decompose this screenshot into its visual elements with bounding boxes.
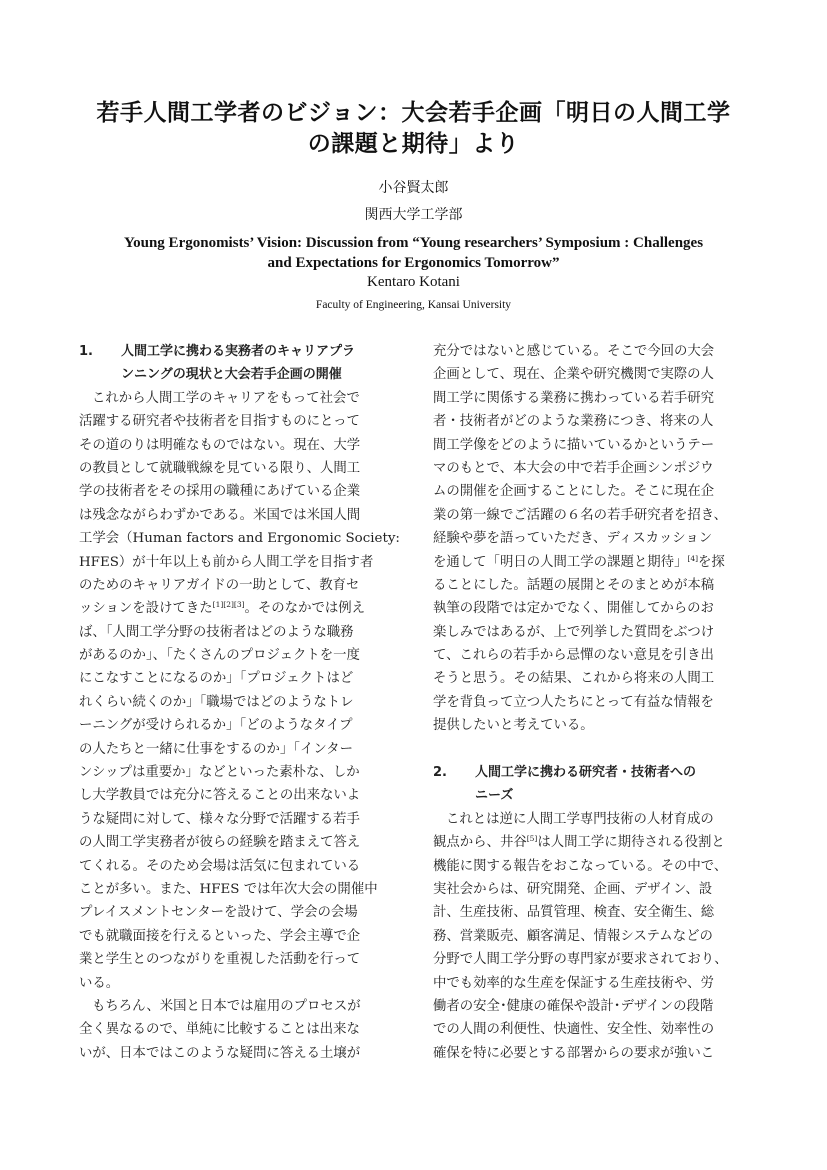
body-line: 企画として、現在、企業や研究機関で実際の人 [433, 363, 753, 386]
body-line: ば、「人間工学分野の技術者はどのような職務 [79, 621, 394, 644]
body-line: れくらい続くのか」「職場ではどのようなトレ [79, 691, 394, 714]
body-line: ムの開催を企画することにした。そこに現在企 [433, 480, 753, 503]
body-line: 業と学生とのつながりを重視した活動を行って [79, 948, 394, 971]
body-line: 活躍する研究者や技術者を目指すものにとって [79, 410, 394, 433]
body-line-citation: ッションを設けてきた[1][2][3]。そのなかでは例え [79, 597, 394, 620]
body-line: ることにした。話題の展開とそのまとめが本稿 [433, 574, 753, 597]
body-line: 務、営業販売、顧客満足、情報システムなどの [433, 925, 753, 948]
text: 観点から、井谷 [433, 835, 527, 850]
body-line: そうと思う。その結果、これから将来の人間工 [433, 667, 753, 690]
body-line: 中でも効率的な生産を保証する生産技術や、労 [433, 972, 753, 995]
body-line: でも就職面接を行えるといった、学会主導で企 [79, 925, 394, 948]
body-line: 間工学に関係する業務に携わっている若手研究 [433, 387, 753, 410]
body-line: し大学教員では充分に答えることの出来ないよ [79, 784, 394, 807]
body-line: のためのキャリアガイドの一助として、教育セ [79, 574, 394, 597]
title-ja-line-2: の課題と期待」より [60, 129, 767, 160]
body-line: があるのか」、「たくさんのプロジェクトを一度 [79, 644, 394, 667]
body-line: 学の技術者をその採用の職種にあげている企業 [79, 480, 394, 503]
citation-ref-1-2-3[interactable]: [1][2][3] [213, 600, 245, 609]
body-line: の教員として就職戦線を見ている限り、人間工 [79, 457, 394, 480]
body-line: 者・技術者がどのような業務につき、将来の人 [433, 410, 753, 433]
affiliation-english: Faculty of Engineering, Kansai Universit… [0, 299, 827, 311]
title-ja-line-1: 若手人間工学者のビジョン：大会若手企画「明日の人間工学 [60, 98, 767, 129]
left-column: 1.人間工学に携わる実務者のキャリアプラ ンニングの現状と大会若手企画の開催 こ… [79, 340, 394, 1065]
body-line: 業の第一線でご活躍の６名の若手研究者を招き、 [433, 504, 753, 527]
body-line: 計、生産技術、品質管理、検査、安全衛生、総 [433, 901, 753, 924]
body-line: マのもとで、本大会の中で若手企画シンポジウ [433, 457, 753, 480]
body-line: ーニングが受けられるか」「どのようなタイプ [79, 714, 394, 737]
paper-title-english: Young Ergonomists’ Vision: Discussion fr… [70, 233, 757, 273]
body-line: 楽しみではあるが、上で列挙した質問をぶつけ [433, 621, 753, 644]
body-line: 経験や夢を語っていただき、ディスカッション [433, 527, 753, 550]
body-line-citation: 観点から、井谷[5]は人間工学に期待される役割と [433, 831, 753, 854]
body-line: 学を背負って立つ人たちにとって有益な情報を [433, 691, 753, 714]
body-line: もちろん、米国と日本では雇用のプロセスが [79, 995, 394, 1018]
section-1-heading-cont: ンニングの現状と大会若手企画の開催 [79, 363, 394, 386]
body-line: その道のりは明確なものではない。現在、大学 [79, 434, 394, 457]
author-name-japanese: 小谷賢太郎 [0, 177, 827, 197]
section-2-heading: 2.人間工学に携わる研究者・技術者への [433, 761, 753, 784]
text: を通して「明日の人間工学の課題と期待」 [433, 555, 687, 570]
section-2-heading-cont: ニーズ [433, 784, 753, 807]
body-line: での人間の利便性、快適性、安全性、効率性の [433, 1018, 753, 1041]
affiliation-japanese: 関西大学工学部 [0, 204, 827, 224]
section-number: 2. [433, 761, 475, 784]
body-line: の人間工学実務者が彼らの経験を踏まえて答え [79, 831, 394, 854]
body-line: ことが多い。また、HFES では年次大会の開催中 [79, 878, 394, 901]
body-line: プレイスメントセンターを設けて、学会の会場 [79, 901, 394, 924]
body-line: いが、日本ではこのような疑問に答える土壌が [79, 1042, 394, 1065]
body-line: 働者の安全･健康の確保や設計･デザインの段階 [433, 995, 753, 1018]
body-line: 分野で人間工学分野の専門家が要求されており、 [433, 948, 753, 971]
body-line: 充分ではないと感じている。そこで今回の大会 [433, 340, 753, 363]
body-line: 全く異なるので、単純に比較することは出来な [79, 1018, 394, 1041]
heading-text: 人間工学に携わる研究者・技術者への [475, 765, 696, 780]
heading-text: 人間工学に携わる実務者のキャリアプラ [121, 344, 355, 359]
body-line: の人たちと一緒に仕事をするのか」「インター [79, 738, 394, 761]
section-gap [433, 738, 753, 761]
right-column: 充分ではないと感じている。そこで今回の大会 企画として、現在、企業や研究機関で実… [433, 340, 753, 1065]
text: を探 [698, 555, 725, 570]
text: ッションを設けてきた [79, 601, 213, 616]
title-en-line-1: Young Ergonomists’ Vision: Discussion fr… [70, 233, 757, 253]
body-line: 工学会（Human factors and Ergonomic Society: [79, 527, 394, 550]
body-line: て、これらの若手から忌憚のない意見を引き出 [433, 644, 753, 667]
body-line: 執筆の段階では定かでなく、開催してからのお [433, 597, 753, 620]
citation-ref-5[interactable]: [5] [527, 834, 538, 843]
text: は人間工学に期待される役割と [537, 835, 724, 850]
body-line: これから人間工学のキャリアをもって社会で [79, 387, 394, 410]
body-line: これとは逆に人間工学専門技術の人材育成の [433, 808, 753, 831]
body-line: 確保を特に必要とする部署からの要求が強いこ [433, 1042, 753, 1065]
section-1-heading: 1.人間工学に携わる実務者のキャリアプラ [79, 340, 394, 363]
body-line: 機能に関する報告をおこなっている。その中で、 [433, 855, 753, 878]
body-line: HFES）が十年以上も前から人間工学を目指す者 [79, 551, 394, 574]
body-line: てくれる。そのため会場は活気に包まれている [79, 855, 394, 878]
body-line: 間工学像をどのように描いているかというテー [433, 434, 753, 457]
body-line-citation: を通して「明日の人間工学の課題と期待」[4]を探 [433, 551, 753, 574]
paper-title-japanese: 若手人間工学者のビジョン：大会若手企画「明日の人間工学 の課題と期待」より [60, 98, 767, 160]
body-line: 実社会からは、研究開発、企画、デザイン、設 [433, 878, 753, 901]
body-line: 提供したいと考えている。 [433, 714, 753, 737]
body-line: は残念ながらわずかである。米国では米国人間 [79, 504, 394, 527]
text: 。そのなかでは例え [245, 601, 366, 616]
body-line: にこなすことになるのか」「プロジェクトはど [79, 667, 394, 690]
body-line: ンシップは重要か」などといった素朴な、しか [79, 761, 394, 784]
citation-ref-4[interactable]: [4] [687, 554, 698, 563]
body-line: うな疑問に対して、様々な分野で活躍する若手 [79, 808, 394, 831]
paper-page: 若手人間工学者のビジョン：大会若手企画「明日の人間工学 の課題と期待」より 小谷… [0, 0, 827, 1170]
title-en-line-2: and Expectations for Ergonomics Tomorrow… [70, 253, 757, 273]
author-name-english: Kentaro Kotani [0, 274, 827, 291]
section-number: 1. [79, 340, 121, 363]
body-line: いる。 [79, 972, 394, 995]
